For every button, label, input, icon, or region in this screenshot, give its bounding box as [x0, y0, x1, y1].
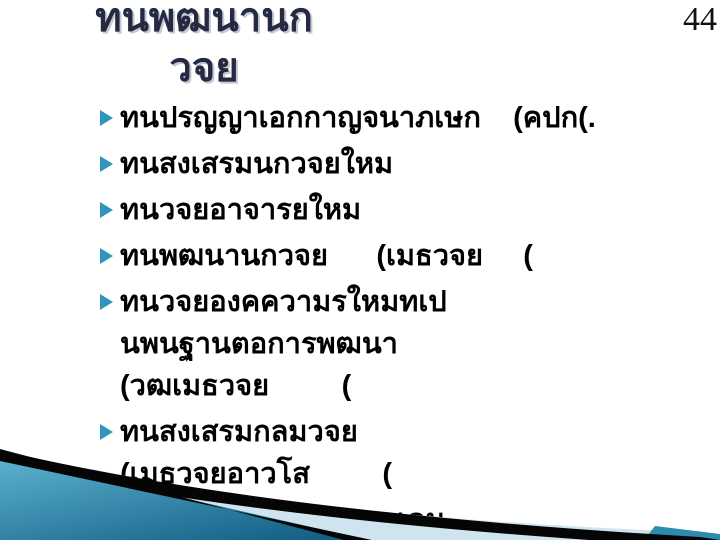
slide-title: ทนพฒนานก วจย — [58, 0, 350, 93]
bullet-text: ทนปรญญาเอกกาญจนาภเษก (คปก(. — [120, 97, 596, 139]
bullet-text-line: ทนพฒนานกวจย (เมธวจย ( — [120, 235, 533, 277]
bullet-arrow-icon — [100, 294, 113, 310]
bullet-text-line: ทนวจยอาจารยใหม — [120, 189, 361, 231]
bullet-text-line: ทนวจยองคความรใหมทเป — [120, 281, 447, 323]
bullet-list: ทนปรญญาเอกกาญจนาภเษก (คปก(.ทนสงเสรมนกวจย… — [100, 97, 718, 540]
list-item: ทนสงเสรมนกวจยใหม — [100, 143, 718, 185]
bullet-arrow-icon — [100, 202, 113, 218]
bullet-text: ทนสงเสรมนกวจยใหม — [120, 143, 393, 185]
bullet-arrow-icon — [100, 156, 113, 172]
bullet-text-line: (วฒเมธวจย ( — [120, 365, 447, 407]
slide-title-line-2: วจย — [58, 43, 350, 93]
bullet-text-line: นพนฐานตอการพฒนา — [120, 323, 447, 365]
bullet-arrow-icon — [100, 248, 113, 264]
bullet-arrow-icon — [100, 110, 113, 126]
bullet-text-line: ทนปรญญาเอกกาญจนาภเษก (คปก(. — [120, 97, 596, 139]
bullet-text-line: ทนสงเสรมกลมวจย — [120, 411, 392, 453]
bullet-text-line: (เมธวจยอาวโส ( — [120, 453, 392, 495]
list-item: ทนพฒนานกวจย (เมธวจย ( — [100, 235, 718, 277]
list-item: ทนปรญญาเอกกาญจนาภเษก (คปก(. — [100, 97, 718, 139]
bullet-arrow-icon — [100, 512, 113, 528]
bullet-text: ทนพฒนานกวจย (เมธวจย ( — [120, 235, 533, 277]
bullet-text: ทนวจยอาจารยใหม — [120, 189, 361, 231]
bullet-text: ทนสงเสรมกลมวจย(เมธวจยอาวโส ( — [120, 411, 392, 495]
bullet-text: ทนวจยองคความรใหมทเปนพนฐานตอการพฒนา(วฒเมธ… — [120, 281, 447, 407]
list-item: ทนวจยองคความรใหมทเปนพนฐานตอการพฒนา(วฒเมธ… — [100, 281, 718, 407]
bullet-text-line: ทนศาสตราจารยวจยดเดน — [120, 499, 446, 540]
slide-title-line-1: ทนพฒนานก — [58, 0, 350, 43]
slide: 44 ทนพฒนานก วจย ทนปรญญาเอกกาญจนาภเษก (คป… — [0, 0, 720, 540]
bullet-arrow-icon — [100, 424, 113, 440]
list-item: ทนศาสตราจารยวจยดเดน — [100, 499, 718, 540]
page-number: 44 — [683, 0, 717, 40]
list-item: ทนสงเสรมกลมวจย(เมธวจยอาวโส ( — [100, 411, 718, 495]
list-item: ทนวจยอาจารยใหม — [100, 189, 718, 231]
bullet-text-line: ทนสงเสรมนกวจยใหม — [120, 143, 393, 185]
bullet-text: ทนศาสตราจารยวจยดเดน — [120, 499, 446, 540]
